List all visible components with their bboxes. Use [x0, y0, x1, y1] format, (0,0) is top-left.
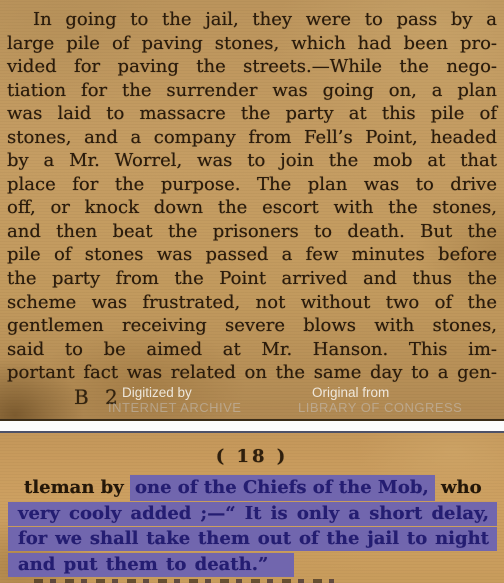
signature-row: B 2 Digitized by INTERNET ARCHIVE Origin… — [0, 385, 504, 419]
page-number: ( 18 ) — [0, 446, 504, 467]
text-line: In going to the jail, they were to pass … — [7, 8, 497, 32]
selection-highlight: and put them to death.” — [8, 553, 294, 577]
text-line: place for the purpose. The plan was to d… — [7, 173, 497, 197]
text-line: gentlemen receiving severe blows with st… — [7, 314, 497, 338]
page-divider — [0, 421, 504, 431]
text-line: off, or knock down the escort with the s… — [7, 196, 497, 220]
text-line: scheme was frustrated, not without two o… — [7, 291, 497, 315]
selection-highlight: one of the Chiefs of the Mob, — [130, 475, 435, 501]
page-scan-bottom: ( 18 ) tleman by one of the Chiefs of th… — [0, 431, 504, 583]
clipped-next-line — [34, 579, 334, 583]
scanned-book-view: In going to the jail, they were to pass … — [0, 0, 504, 583]
text-line: and put them to death.” — [8, 553, 504, 577]
page-text-block: In going to the jail, they were to pass … — [0, 0, 504, 385]
page2-text-block: tleman by one of the Chiefs of the Mob, … — [0, 476, 504, 577]
text-line: vided for paving the streets.—While the … — [7, 55, 497, 79]
text-line-highlighted: very cooly added ;—“ It is only a short … — [8, 502, 497, 526]
text-line: pile of stones was passed a few minutes … — [7, 243, 497, 267]
watermark-internet-archive: Digitized by INTERNET ARCHIVE — [108, 385, 241, 415]
watermark-original-from: Original from LIBRARY OF CONGRESS — [298, 385, 462, 415]
text-line: and then beat the prisoners to death. Bu… — [7, 220, 497, 244]
watermark-original-from-label: Original from — [298, 385, 462, 400]
line1-suffix: who — [441, 477, 482, 498]
page-scan-top: In going to the jail, they were to pass … — [0, 0, 504, 421]
text-line: tleman by one of the Chiefs of the Mob, … — [0, 476, 504, 500]
watermark-digitized-by: Digitized by — [108, 385, 241, 400]
text-line: the party from the Point arrived and thu… — [7, 267, 497, 291]
text-line: was laid to massacre the party at this p… — [7, 102, 497, 126]
text-line: stones, and a company from Fell’s Point,… — [7, 126, 497, 150]
text-line-highlighted: for we shall take them out of the jail t… — [8, 527, 497, 551]
line1-prefix: tleman by — [24, 477, 124, 498]
text-line: said to be aimed at Mr. Hanson. This im- — [7, 338, 497, 362]
text-line: by a Mr. Worrel, was to join the mob at … — [7, 149, 497, 173]
text-line: portant fact was related on the same day… — [7, 361, 497, 385]
text-line: large pile of paving stones, which had b… — [7, 32, 497, 56]
watermark-internet-archive-label: INTERNET ARCHIVE — [108, 400, 241, 415]
text-line: tiation for the surrender was going on, … — [7, 79, 497, 103]
watermark-library-label: LIBRARY OF CONGRESS — [298, 400, 462, 415]
